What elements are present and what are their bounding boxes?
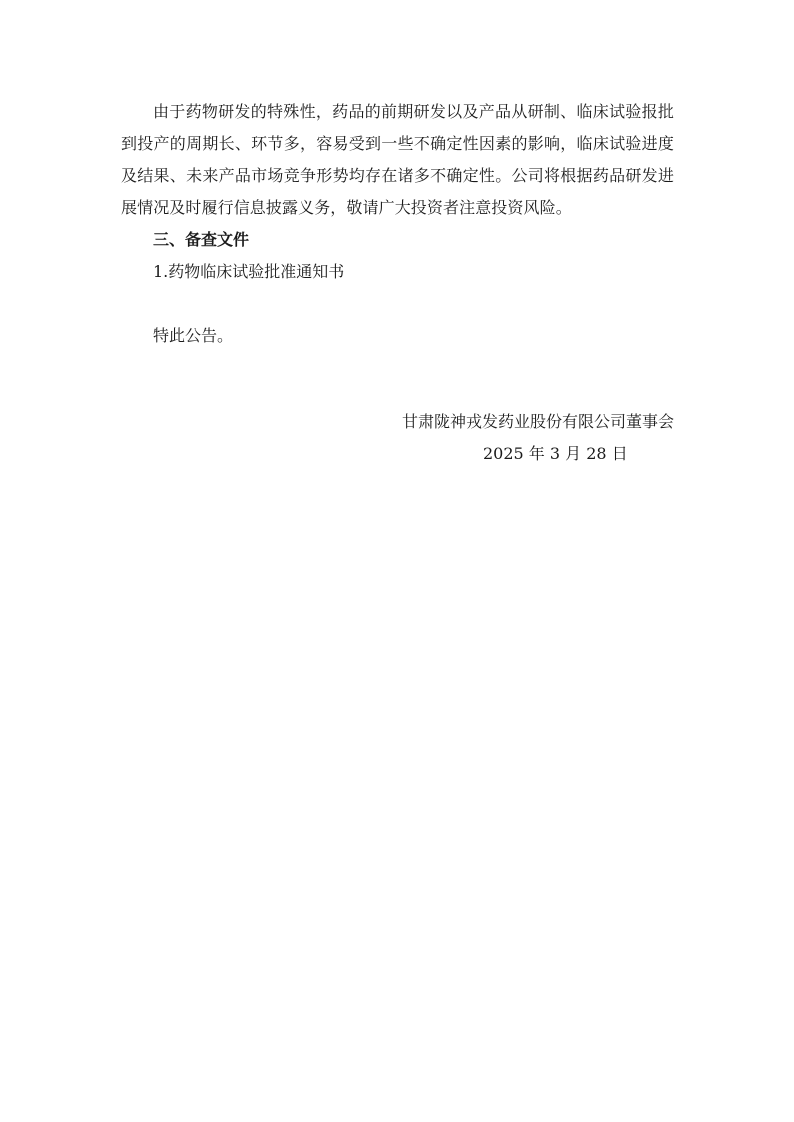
closing-statement: 特此公告。	[121, 320, 674, 352]
signature-company: 甘肃陇神戎发药业股份有限公司董事会	[402, 406, 674, 438]
document-page: 由于药物研发的特殊性，药品的前期研发以及产品从研制、临床试验报批到投产的周期长、…	[121, 96, 674, 352]
reference-item: 1.药物临床试验批准通知书	[121, 256, 674, 288]
risk-disclosure-paragraph: 由于药物研发的特殊性，药品的前期研发以及产品从研制、临床试验报批到投产的周期长、…	[121, 96, 674, 224]
section-heading-reference-documents: 三、备查文件	[121, 224, 674, 256]
signature-date: 2025 年 3 月 28 日	[483, 438, 628, 470]
